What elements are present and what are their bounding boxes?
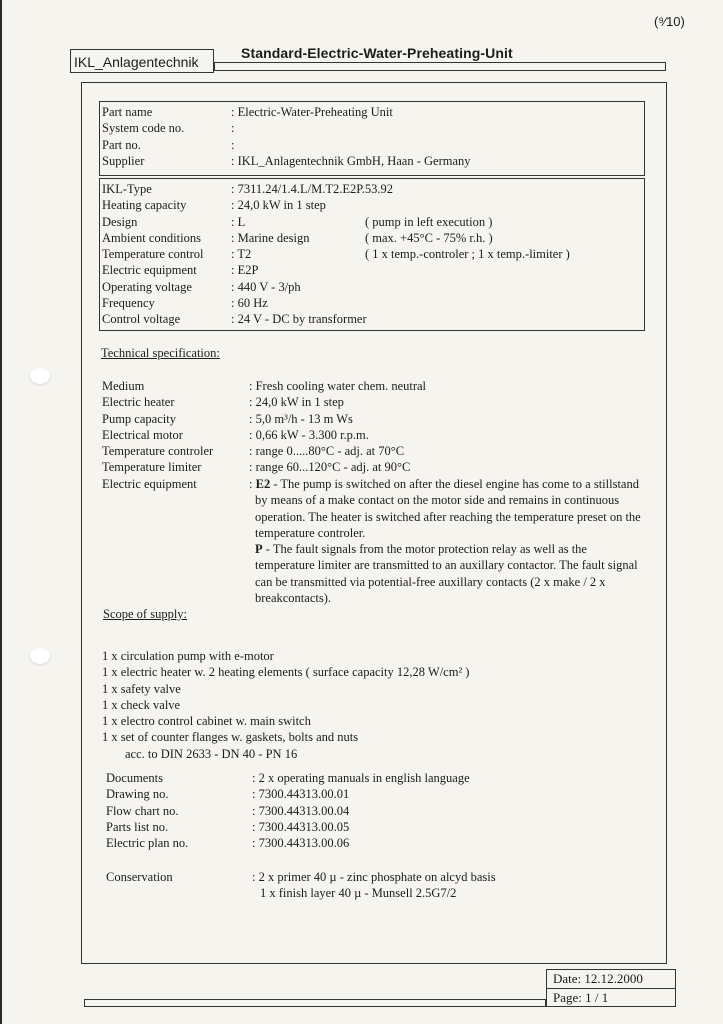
conservation-block: Conservation: 2 x primer 40 µ - zinc pho… [106,869,626,902]
field-value: : 2 x operating manuals in english langu… [252,770,470,786]
punch-hole [30,648,50,664]
type-row: IKL-Type: 7311.24/1.4.L/M.T2.E2P.53.92 [102,181,644,197]
field-value: : 0,66 kW - 3.300 r.p.m. [249,427,369,443]
field-value: : T2 [231,246,251,262]
field-label: Part name [102,104,152,120]
field-value: : Electric-Water-Preheating Unit [231,104,393,120]
field-label: Temperature controler [102,443,213,459]
field-label: IKL-Type [102,181,152,197]
field-label: Supplier [102,153,144,169]
field-value: : 440 V - 3/ph [231,279,301,295]
field-note: ( pump in left execution ) [365,214,492,230]
type-row: Design: L( pump in left execution ) [102,214,644,230]
field-value: : Marine design [231,230,309,246]
field-value: : E2P [231,262,258,278]
scope-item: 1 x safety valve [102,681,469,697]
field-label: System code no. [102,120,184,136]
spec-row: Temperature controler: range 0.....80°C … [102,443,662,459]
field-label: Parts list no. [106,819,168,835]
e2-paragraph: : E2 - The pump is switched on after the… [249,476,647,541]
technical-spec-list: Medium: Fresh cooling water chem. neutra… [102,378,662,492]
document-date: Date: 12.12.2000 [547,970,675,988]
field-label: Conservation [106,869,173,885]
page-annotation: (⁹⁄10) [654,14,685,29]
doc-row: Drawing no.: 7300.44313.00.01 [106,786,626,802]
field-label: Heating capacity [102,197,186,213]
field-label: Operating voltage [102,279,192,295]
field-note: ( max. +45°C - 75% r.h. ) [365,230,493,246]
field-value: : 7300.44313.00.01 [252,786,349,802]
field-value: : 7300.44313.00.05 [252,819,349,835]
p-text: - The fault signals from the motor prote… [255,542,638,605]
field-label: Flow chart no. [106,803,179,819]
field-value: : L [231,214,245,230]
ident-row: Part no.: [102,137,644,153]
field-label: Electric equipment [102,476,197,492]
e2-code: E2 [256,477,271,491]
ident-row: Part name: Electric-Water-Preheating Uni… [102,104,644,120]
field-label: Design [102,214,137,230]
field-value: : 7311.24/1.4.L/M.T2.E2P.53.92 [231,181,393,197]
field-label: Pump capacity [102,411,176,427]
field-label: Electric plan no. [106,835,188,851]
conservation-row: Conservation: 2 x primer 40 µ - zinc pho… [106,869,626,885]
field-label: Medium [102,378,144,394]
field-note: ( 1 x temp.-controler ; 1 x temp.-limite… [365,246,570,262]
field-label: Temperature limiter [102,459,201,475]
field-label: Drawing no. [106,786,169,802]
doc-row: Documents: 2 x operating manuals in engl… [106,770,626,786]
type-row: Operating voltage: 440 V - 3/ph [102,279,644,295]
doc-row: Flow chart no.: 7300.44313.00.04 [106,803,626,819]
type-data-box: IKL-Type: 7311.24/1.4.L/M.T2.E2P.53.92 H… [99,178,645,331]
field-label: Temperature control [102,246,204,262]
field-value: : range 0.....80°C - adj. at 70°C [249,443,404,459]
field-label: Ambient conditions [102,230,201,246]
doc-row: Electric plan no.: 7300.44313.00.06 [106,835,626,851]
title-rule [214,62,666,71]
type-row: Electric equipment: E2P [102,262,644,278]
e2-text: - The pump is switched on after the dies… [255,477,641,540]
field-value: : 5,0 m³/h - 13 m Ws [249,411,353,427]
spec-row: Electrical motor: 0,66 kW - 3.300 r.p.m. [102,427,662,443]
spec-row: Pump capacity: 5,0 m³/h - 13 m Ws [102,411,662,427]
documents-list: Documents: 2 x operating manuals in engl… [106,770,626,851]
type-row: Frequency: 60 Hz [102,295,644,311]
field-label: Documents [106,770,163,786]
field-value: : 2 x primer 40 µ - zinc phosphate on al… [252,869,496,885]
company-name: IKL_Anlagentechnik [70,49,214,73]
ident-row: Supplier: IKL_Anlagentechnik GmbH, Haan … [102,153,644,169]
field-value: : Fresh cooling water chem. neutral [249,378,426,394]
scope-list: 1 x circulation pump with e-motor 1 x el… [102,648,469,762]
p-paragraph: P - The fault signals from the motor pro… [249,541,647,606]
identification-box: Part name: Electric-Water-Preheating Uni… [99,101,645,176]
electric-equipment-description: : E2 - The pump is switched on after the… [249,476,647,606]
field-value: : 24,0 kW in 1 step [249,394,344,410]
punch-hole [30,368,50,384]
scope-item-continuation: acc. to DIN 2633 - DN 40 - PN 16 [102,746,469,762]
scope-item: 1 x set of counter flanges w. gaskets, b… [102,729,469,745]
scope-heading: Scope of supply: [103,607,187,622]
spec-row: Electric heater: 24,0 kW in 1 step [102,394,662,410]
doc-row: Parts list no.: 7300.44313.00.05 [106,819,626,835]
type-row: Temperature control: T2( 1 x temp.-contr… [102,246,644,262]
scope-item: 1 x check valve [102,697,469,713]
field-value: : range 60...120°C - adj. at 90°C [249,459,410,475]
field-value: : 24,0 kW in 1 step [231,197,326,213]
scope-item: 1 x circulation pump with e-motor [102,648,469,664]
field-value: : [231,120,234,136]
field-value: : 60 Hz [231,295,268,311]
p-code: P [255,542,263,556]
type-row: Heating capacity: 24,0 kW in 1 step [102,197,644,213]
footer-info-box: Date: 12.12.2000 Page: 1 / 1 [546,969,676,1007]
field-label: Control voltage [102,311,180,327]
scope-item: 1 x electro control cabinet w. main swit… [102,713,469,729]
field-value: : 7300.44313.00.06 [252,835,349,851]
spec-row: Medium: Fresh cooling water chem. neutra… [102,378,662,394]
field-value: : 7300.44313.00.04 [252,803,349,819]
spec-row: Temperature limiter: range 60...120°C - … [102,459,662,475]
document-title: Standard-Electric-Water-Preheating-Unit [241,45,513,61]
type-row: Ambient conditions: Marine design( max. … [102,230,644,246]
field-value: : 24 V - DC by transformer [231,311,367,327]
field-value: : [231,137,234,153]
type-row: Control voltage: 24 V - DC by transforme… [102,311,644,327]
conservation-row: 1 x finish layer 40 µ - Munsell 2.5G7/2 [106,885,626,901]
field-label: Electric equipment [102,262,197,278]
field-value: : IKL_Anlagentechnik GmbH, Haan - German… [231,153,471,169]
field-label: Frequency [102,295,155,311]
footer-rule [84,999,546,1007]
field-label: Electrical motor [102,427,183,443]
ident-row: System code no.: [102,120,644,136]
scope-item: 1 x electric heater w. 2 heating element… [102,664,469,680]
field-value: 1 x finish layer 40 µ - Munsell 2.5G7/2 [260,885,456,901]
page-number: Page: 1 / 1 [547,988,675,1007]
technical-spec-heading: Technical specification: [101,346,220,361]
field-label: Electric heater [102,394,175,410]
field-label: Part no. [102,137,141,153]
scan-edge [0,0,2,1024]
